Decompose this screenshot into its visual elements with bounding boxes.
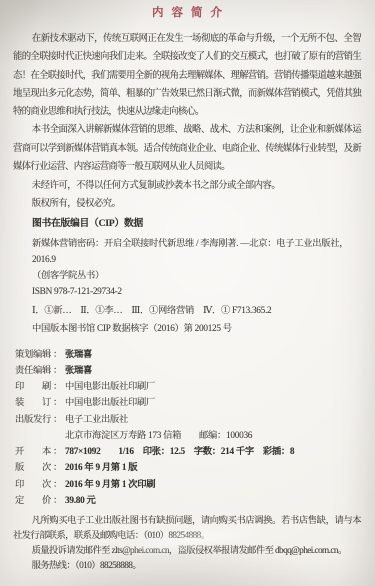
footer-email-note: 质量投诉请发邮件至 zlts@phei.com.cn，盗版侵权举报请发邮件至 d… — [13, 544, 361, 559]
colophon-value: 电子工业出版社 — [65, 415, 128, 425]
cip-isbn-line: ISBN 978-7-121-29734-2 — [32, 285, 361, 301]
colophon-value: 2016 年 9 月第 1 次印刷 — [65, 480, 155, 490]
footer-hotline-note: 服务热线：（010）88258888。 — [13, 559, 361, 574]
colophon-row-responsible-editor: 责任编辑：张瑞喜 — [15, 363, 361, 379]
section-title: 内容简介 — [13, 6, 361, 20]
colophon-value: 39.80 元 — [65, 496, 95, 506]
cip-data-block: 图书在版编目（CIP）数据 新媒体营销密码：开启全联接时代新思维 / 李海刚著.… — [13, 217, 361, 338]
colophon-value: 张瑞喜 — [65, 350, 92, 360]
colophon-row-format: 开 本：787×1092 1/16 印张：12.5 字数：214 千字 彩插：8 — [15, 444, 361, 460]
colophon-colon: ： — [53, 382, 62, 392]
intro-paragraph-2: 本书全面深入讲解新媒体营销的思维、战略、战术、方法和案例，让企业和新媒体运营商可… — [13, 121, 361, 176]
colophon-colon: ： — [53, 496, 62, 506]
colophon-row-publisher-address: 北京市海淀区万寿路 173 信箱 邮编：100036 — [15, 428, 361, 444]
colophon-colon: ： — [53, 366, 62, 376]
cip-header: 图书在版编目（CIP）数据 — [32, 217, 361, 231]
colophon-colon: ： — [53, 463, 62, 473]
colophon-label: 装 订 — [15, 395, 53, 411]
colophon-row-publisher: 出版发行：电子工业出版社 — [15, 412, 361, 428]
book-copyright-page: 内容简介 在新技术驱动下，传统互联网正在发生一场彻底的革命与升级，一个无所不包、… — [0, 0, 375, 586]
cip-classification-line: Ⅰ．①新… Ⅱ．①李… Ⅲ．①网络营销 Ⅳ．① F713.365.2 — [32, 304, 361, 320]
colophon-row-edition: 版 次：2016 年 9 月第 1 版 — [15, 460, 361, 476]
colophon-value: 787×1092 1/16 印张：12.5 字数：214 千字 彩插：8 — [65, 447, 294, 457]
cip-title-line: 新媒体营销密码：开启全联接时代新思维 / 李海刚著. —北京：电子工业出版社，2… — [32, 237, 361, 268]
colophon-value: 2016 年 9 月第 1 版 — [65, 463, 137, 473]
colophon-label: 策划编辑 — [15, 347, 53, 363]
cip-series-line: （创客学院丛书） — [32, 269, 361, 285]
colophon: 策划编辑：张瑞喜 责任编辑：张瑞喜 印 刷：中国电影出版社印刷厂 装 订：中国电… — [13, 347, 361, 509]
colophon-label: 版 次 — [15, 460, 53, 476]
content-summary: 在新技术驱动下，传统互联网正在发生一场彻底的革命与升级，一个无所不包、全智能的全… — [13, 30, 361, 176]
colophon-row-price: 定 价：39.80 元 — [15, 493, 361, 509]
colophon-value: 北京市海淀区万寿路 173 信箱 邮编：100036 — [65, 431, 252, 441]
copyright-notice: 未经许可，不得以任何方式复制或抄袭本书之部分或全部内容。 版权所有，侵权必究。 — [13, 178, 361, 213]
colophon-colon: ： — [53, 480, 62, 490]
colophon-label: 责任编辑 — [15, 363, 53, 379]
colophon-label: 开 本 — [15, 444, 53, 460]
notice-line-2: 版权所有，侵权必究。 — [13, 196, 361, 214]
colophon-label: 印 次 — [15, 477, 53, 493]
colophon-value: 张瑞喜 — [65, 366, 92, 376]
footer-exchange-note: 凡所购买电子工业出版社图书有缺损问题，请向购买书店调换。若书店售缺，请与本社发行… — [13, 514, 361, 544]
colophon-label: 出版发行 — [15, 412, 53, 428]
colophon-colon: ： — [53, 415, 62, 425]
colophon-colon: ： — [53, 350, 62, 360]
footer-notes: 凡所购买电子工业出版社图书有缺损问题，请向购买书店调换。若书店售缺，请与本社发行… — [13, 514, 361, 574]
colophon-colon: ： — [53, 398, 62, 408]
colophon-label: 印 刷 — [15, 379, 53, 395]
intro-paragraph-1: 在新技术驱动下，传统互联网正在发生一场彻底的革命与升级，一个无所不包、全智能的全… — [13, 30, 361, 121]
cip-record-number-line: 中国版本图书馆 CIP 数据核字（2016）第 200125 号 — [32, 322, 361, 338]
colophon-value: 中国电影出版社印刷厂 — [65, 382, 155, 392]
colophon-label: 定 价 — [15, 493, 53, 509]
colophon-row-planning-editor: 策划编辑：张瑞喜 — [15, 347, 361, 363]
colophon-row-printer: 印 刷：中国电影出版社印刷厂 — [15, 379, 361, 395]
colophon-row-printing: 印 次：2016 年 9 月第 1 次印刷 — [15, 477, 361, 493]
colophon-value: 中国电影出版社印刷厂 — [65, 398, 155, 408]
notice-line-1: 未经许可，不得以任何方式复制或抄袭本书之部分或全部内容。 — [13, 178, 361, 196]
colophon-row-binding: 装 订：中国电影出版社印刷厂 — [15, 395, 361, 411]
colophon-colon: ： — [53, 447, 62, 457]
